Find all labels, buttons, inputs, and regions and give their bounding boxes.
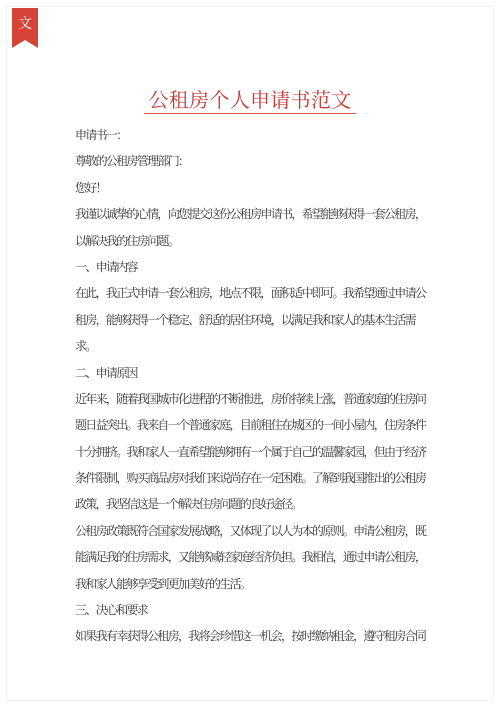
body-line: 公租房政策既符合国家发展战略，又体现了以人为本的原则。申请公租房，既: [75, 518, 431, 544]
body-line: 二、申请原因: [75, 360, 431, 386]
page-title: 公租房个人申请书范文: [0, 84, 500, 113]
document-body: 申请书一：尊敬的公租房管理部门：您好！我谨以诚挚的心情，向您提交这份公租房申请书…: [75, 122, 431, 650]
body-line: 十分拥挤。我和家人一直希望能够拥有一个属于自己的温馨家园，但由于经济: [75, 439, 431, 465]
body-line: 您好！: [75, 175, 431, 201]
body-line: 如果我有幸获得公租房，我将会珍惜这一机会，按时缴纳租金，遵守租房合同: [75, 623, 431, 649]
body-line: 我谨以诚挚的心情，向您提交这份公租房申请书，希望能够获得一套公租房，: [75, 201, 431, 227]
body-line: 近年来，随着我国城市化进程的不断推进，房价持续上涨，普通家庭的住房问: [75, 386, 431, 412]
body-line: 我和家人能够享受到更加美好的生活。: [75, 571, 431, 597]
title-underline: [144, 113, 356, 114]
body-line: 在此，我正式申请一套公租房，地点不限，面积适中即可。我希望通过申请公: [75, 280, 431, 306]
body-line: 尊敬的公租房管理部门：: [75, 148, 431, 174]
body-line: 政策，我坚信这是一个解决住房问题的良好途径。: [75, 491, 431, 517]
body-line: 求。: [75, 333, 431, 359]
body-line: 申请书一：: [75, 122, 431, 148]
body-line: 租房，能够获得一个稳定、舒适的居住环境，以满足我和家人的基本生活需: [75, 307, 431, 333]
body-line: 以解决我的住房问题。: [75, 228, 431, 254]
body-line: 能满足我的住房需求，又能够减轻家庭经济负担。我相信，通过申请公租房，: [75, 544, 431, 570]
badge-glyph: 文: [18, 8, 32, 38]
body-line: 一、申请内容: [75, 254, 431, 280]
body-line: 题日益突出。我来自一个普通家庭，目前租住在城区的一间小屋内，住房条件: [75, 412, 431, 438]
body-line: 条件限制，购买商品房对我们来说尚存在一定困难。了解到我国推出的公租房: [75, 465, 431, 491]
body-line: 三、决心和要求: [75, 597, 431, 623]
